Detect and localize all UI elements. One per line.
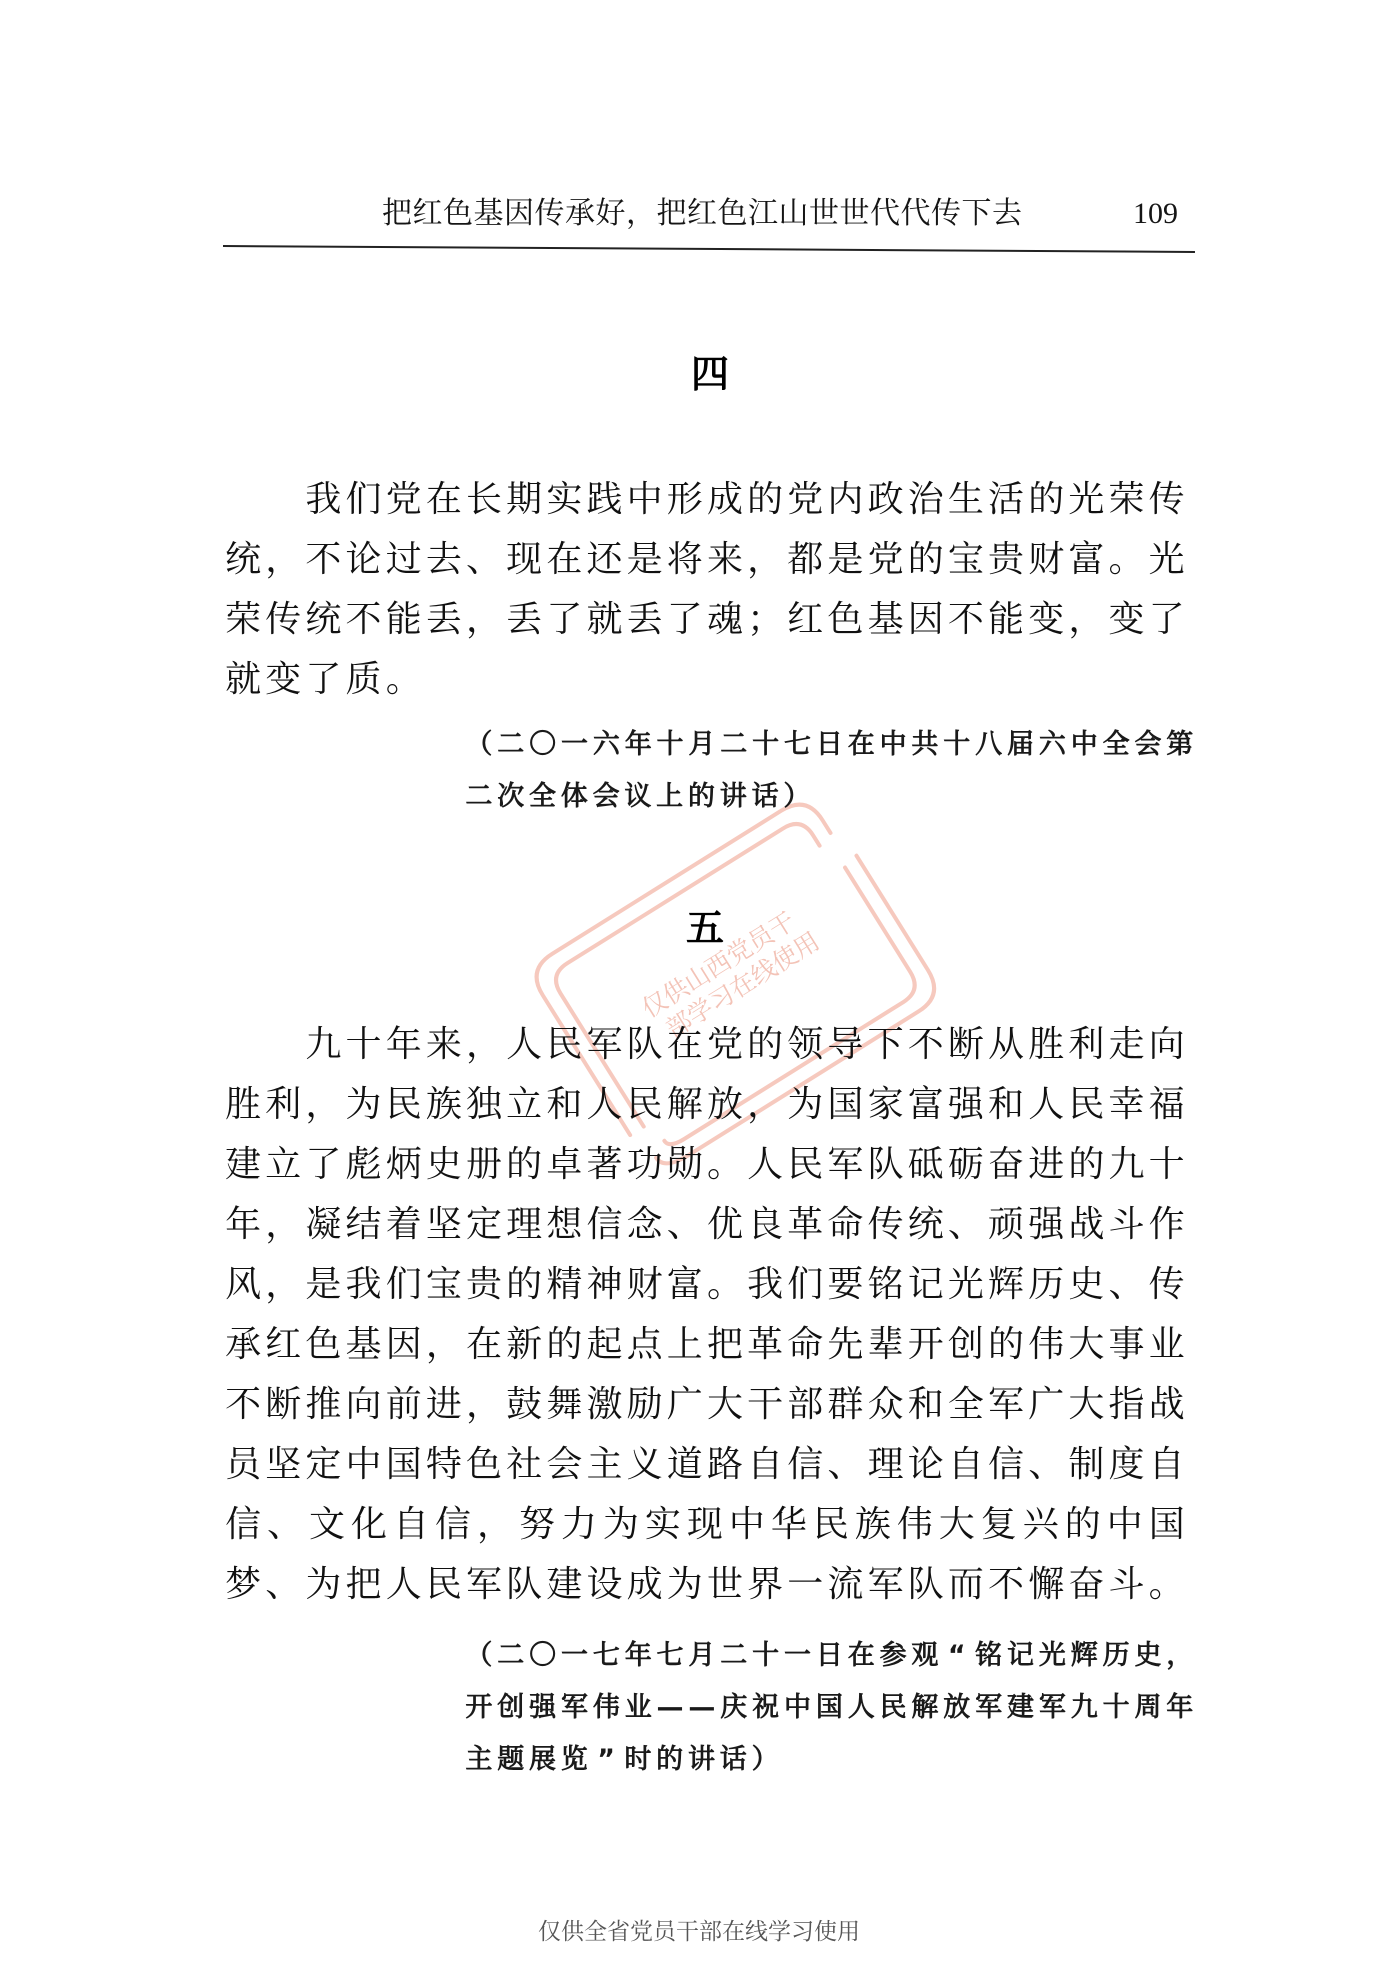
- section-4-paragraph: 我们党在长期实践中形成的党内政治生活的光荣传 统，不论过去、现在还是将来，都是党…: [223, 470, 1187, 710]
- section-4-citation: （二〇一六年十月二十七日在中共十八届六中全会第 二次全体会议上的讲话）: [463, 719, 1196, 823]
- paragraph-line: 九十年来，人民军队在党的领导下不断从胜利走向: [223, 1015, 1187, 1075]
- paragraph-line: 年，凝结着坚定理想信念、优良革命传统、顽强战斗作: [223, 1195, 1187, 1255]
- citation-line: 二次全体会议上的讲话）: [463, 771, 1196, 823]
- citation-line: （二〇一七年七月二十一日在参观“铭记光辉历史，: [463, 1630, 1196, 1682]
- section-5-citation: （二〇一七年七月二十一日在参观“铭记光辉历史， 开创强军伟业——庆祝中国人民解放…: [463, 1630, 1196, 1786]
- paragraph-line: 风，是我们宝贵的精神财富。我们要铭记光辉历史、传: [223, 1255, 1187, 1315]
- citation-line: 开创强军伟业——庆祝中国人民解放军建军九十周年: [463, 1682, 1196, 1734]
- paragraph-line: 胜利，为民族独立和人民解放，为国家富强和人民幸福: [223, 1075, 1187, 1135]
- citation-line: （二〇一六年十月二十七日在中共十八届六中全会第: [463, 719, 1196, 771]
- paragraph-line: 承红色基因，在新的起点上把革命先辈开创的伟大事业: [223, 1315, 1187, 1375]
- page-number: 109: [1133, 196, 1178, 232]
- section-heading-5: 五: [655, 906, 755, 950]
- paragraph-line: 就变了质。: [223, 650, 1187, 710]
- running-header-title: 把红色基因传承好，把红色江山世世代代传下去: [382, 196, 1023, 232]
- paragraph-line: 荣传统不能丢，丢了就丢了魂；红色基因不能变，变了: [223, 590, 1187, 650]
- section-5-paragraph: 九十年来，人民军队在党的领导下不断从胜利走向 胜利，为民族独立和人民解放，为国家…: [223, 1015, 1187, 1615]
- paragraph-line: 我们党在长期实践中形成的党内政治生活的光荣传: [223, 470, 1187, 530]
- paragraph-line: 统，不论过去、现在还是将来，都是党的宝贵财富。光: [223, 530, 1187, 590]
- paragraph-line: 梦、为把人民军队建设成为世界一流军队而不懈奋斗。: [223, 1555, 1187, 1615]
- paragraph-line: 员坚定中国特色社会主义道路自信、理论自信、制度自: [223, 1435, 1187, 1495]
- citation-line: 主题展览”时的讲话）: [463, 1734, 1196, 1786]
- footer-usage-note: 仅供全省党员干部在线学习使用: [0, 1916, 1398, 1948]
- paragraph-line: 建立了彪炳史册的卓著功勋。人民军队砥砺奋进的九十: [223, 1135, 1187, 1195]
- paragraph-line: 不断推向前进，鼓舞激励广大干部群众和全军广大指战: [223, 1375, 1187, 1435]
- section-heading-4: 四: [660, 352, 760, 396]
- header-rule: [223, 245, 1195, 253]
- paragraph-line: 信、文化自信，努力为实现中华民族伟大复兴的中国: [223, 1495, 1187, 1555]
